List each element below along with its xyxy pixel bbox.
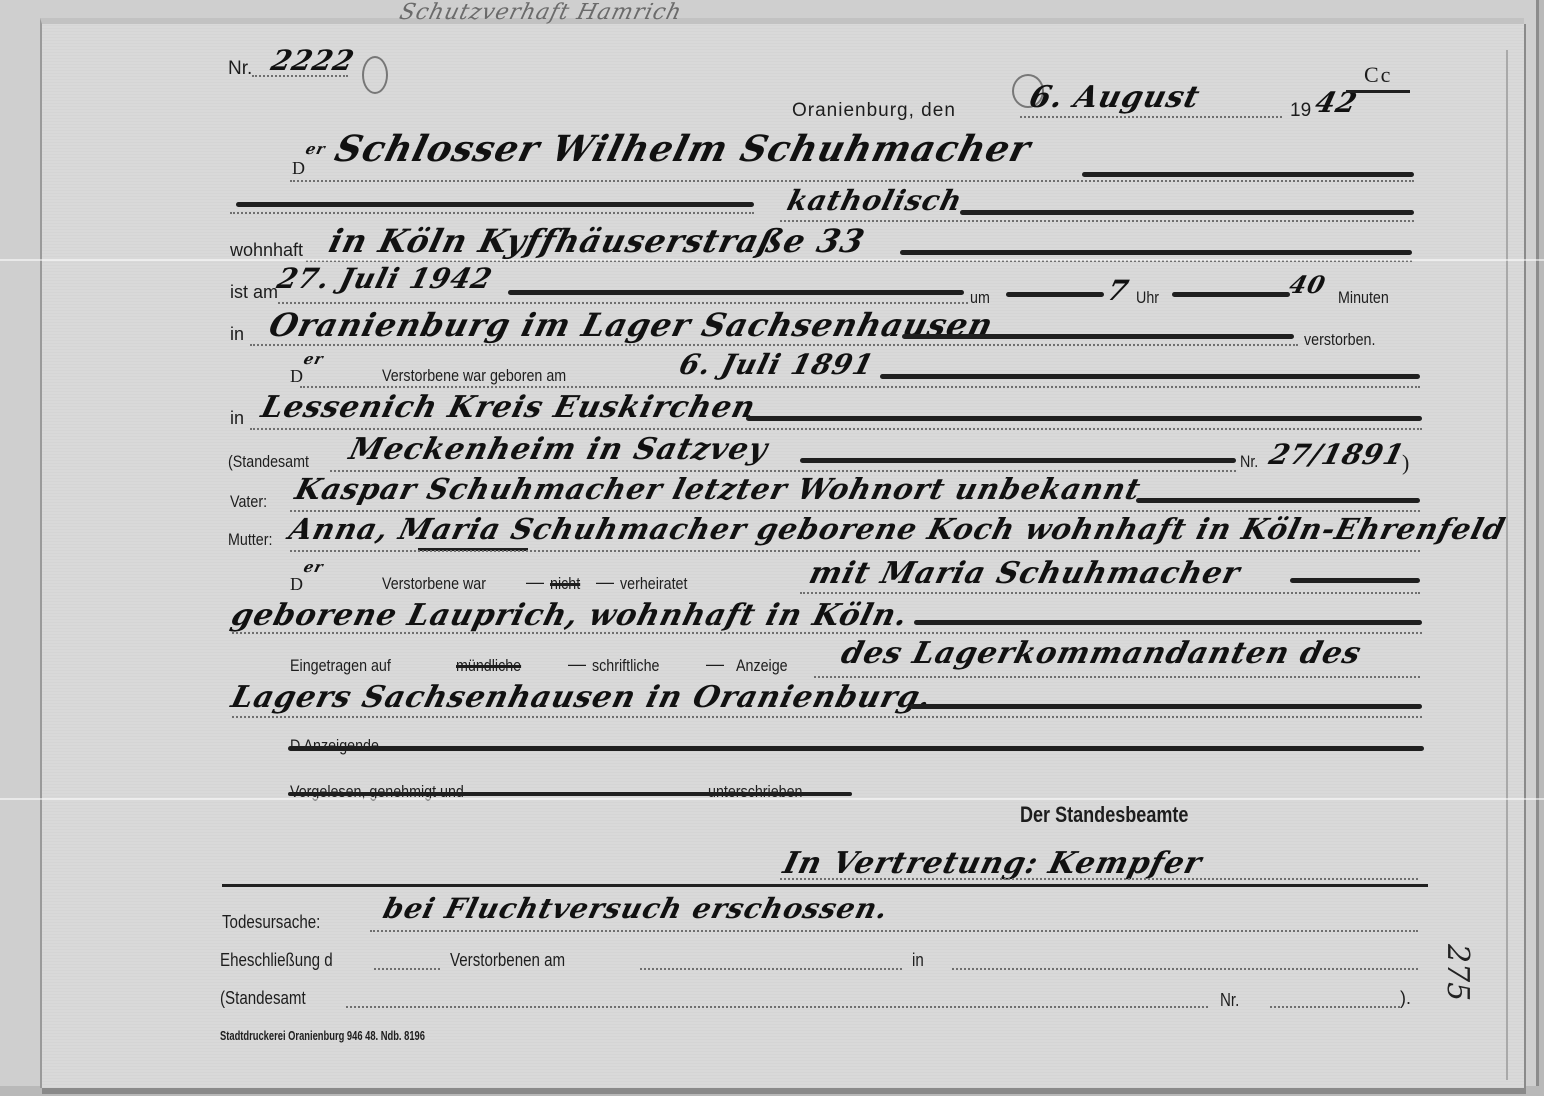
dotline [814, 676, 1420, 678]
birth-place-label: in [230, 408, 244, 429]
dotline [230, 212, 754, 214]
fill-bar [746, 416, 1422, 421]
report-label: Anzeige [736, 656, 788, 676]
dash: — [706, 654, 724, 675]
dash: — [596, 572, 614, 593]
fill-bar [880, 374, 1420, 379]
dotline [952, 968, 1418, 970]
marriage-label-b: Verstorbenen am [450, 950, 565, 971]
scan-line [0, 259, 1544, 261]
written-label: schriftliche [592, 656, 659, 676]
fill-bar [508, 290, 964, 295]
dotline [370, 930, 1418, 932]
reporter-line2: Lagers Sachsenhausen in Oranienburg. [228, 680, 936, 715]
dash: — [568, 654, 586, 675]
dotline [800, 592, 1420, 594]
birth-registry-label: (Standesamt [228, 452, 309, 472]
fill-bar [1136, 498, 1420, 503]
father-value: Kaspar Schuhmacher letzter Wohnort unbek… [292, 472, 1145, 506]
fill-bar [1172, 292, 1290, 297]
birth-registry-value: Meckenheim in Satzvey [346, 432, 772, 467]
footer-close: ). [1400, 988, 1411, 1009]
date-dotline [1020, 116, 1282, 118]
dotline [780, 220, 1414, 222]
death-date-value: 27. Juli 1942 [274, 262, 496, 295]
residence-value: in Köln Kyffhäuserstraße 33 [325, 222, 869, 260]
nr-value: 2222 [268, 44, 358, 77]
dotline [232, 716, 1422, 718]
fill-bar [1006, 292, 1104, 297]
dotline [250, 428, 1422, 430]
spouse-line2: geborene Lauprich, wohnhaft in Köln. [228, 598, 912, 633]
scan-line [0, 798, 1544, 800]
dotline [232, 632, 1422, 634]
religion: katholisch [784, 184, 966, 217]
mother-label: Mutter: [228, 530, 272, 550]
nr-label: Nr. [228, 58, 252, 80]
circle-mark [362, 56, 388, 94]
cause-value: bei Fluchtversuch erschossen. [380, 892, 892, 925]
residence-label: wohnhaft [230, 240, 303, 261]
fill-bar [1290, 578, 1420, 583]
mother-value: Anna, Maria Schuhmacher geborene Koch wo… [286, 512, 1509, 546]
birth-place-value: Lessenich Kreis Euskirchen [258, 390, 760, 425]
fill-bar [236, 202, 754, 207]
footer-nr-label: Nr. [1220, 990, 1239, 1011]
dash: — [526, 572, 544, 593]
footer-registry-label: (Standesamt [220, 988, 306, 1009]
minute-label: Minuten [1338, 288, 1389, 308]
deceased-name: Schlosser Wilhelm Schuhmacher [331, 128, 1036, 170]
printer-imprint: Stadtdruckerei Oranienburg 946 48. Ndb. … [220, 1028, 425, 1043]
hour-label: Uhr [1136, 288, 1159, 308]
spouse-line1: mit Maria Schuhmacher [806, 556, 1244, 591]
died-label: verstorben. [1304, 330, 1375, 350]
card-edge [1506, 50, 1508, 1080]
birth-article-prefix: D [290, 366, 303, 387]
birth-registry-nr-value: 27/1891 [1266, 438, 1408, 471]
dotline [278, 302, 968, 304]
father-label: Vater: [230, 492, 267, 512]
marriage-in-label: in [912, 950, 924, 971]
place-date-label: Oranienburg, den [792, 100, 956, 122]
oral-struck: mündliche [456, 656, 521, 676]
cause-label: Todesursache: [222, 912, 320, 933]
marriage-article-prefix: D [290, 574, 303, 595]
informant-strike-bar [288, 746, 1424, 751]
dotline [780, 878, 1418, 880]
fill-bar [1082, 172, 1414, 177]
born-date: 6. Juli 1891 [676, 348, 878, 381]
read-strike-bar [288, 792, 852, 796]
fill-bar [960, 210, 1414, 215]
married-label: Verstorbene war [382, 574, 486, 594]
page-number: 275 [1440, 944, 1475, 1001]
date-value: 6. August [1026, 80, 1204, 115]
fill-bar [800, 458, 1236, 463]
code-underline [1346, 90, 1410, 93]
birth-registry-close: ) [1402, 450, 1409, 476]
reporter-line1: des Lagerkommandanten des [838, 636, 1365, 671]
death-date-label: ist am [230, 282, 278, 303]
fill-bar [902, 334, 1294, 339]
fill-bar [900, 250, 1412, 255]
dotline [290, 550, 1420, 552]
fill-bar [910, 704, 1422, 709]
section-divider [222, 884, 1428, 887]
dotline [300, 386, 1420, 388]
form-code: Cc [1364, 62, 1392, 88]
year-prefix: 19 [1290, 100, 1311, 122]
fill-bar [914, 620, 1422, 625]
born-label: Verstorbene war geboren am [382, 366, 566, 386]
birth-registry-nr-label: Nr. [1240, 452, 1258, 472]
not-struck: nicht [550, 574, 580, 594]
registrar-signature: In Vertretung: Kempfer [780, 846, 1206, 881]
article-prefix: D [292, 158, 305, 179]
dotline [1270, 1006, 1400, 1008]
dotline [346, 1006, 1208, 1008]
dotline [250, 344, 1298, 346]
time-um-label: um [970, 288, 990, 308]
dotline [374, 968, 440, 970]
marriage-label-a: Eheschließung d [220, 950, 333, 971]
dotline [290, 180, 1414, 182]
entered-label: Eingetragen auf [290, 656, 391, 676]
minute-value: 40 [1286, 270, 1329, 299]
death-place-value: Oranienburg im Lager Sachsenhausen [265, 306, 997, 344]
registrar-title: Der Standesbeamte [1020, 802, 1188, 828]
dotline [640, 968, 902, 970]
death-place-label: in [230, 324, 244, 345]
pencil-note: Schutzverhaft Hamrich [397, 0, 685, 25]
nr-dotline [252, 75, 348, 77]
married-word: verheiratet [620, 574, 687, 594]
